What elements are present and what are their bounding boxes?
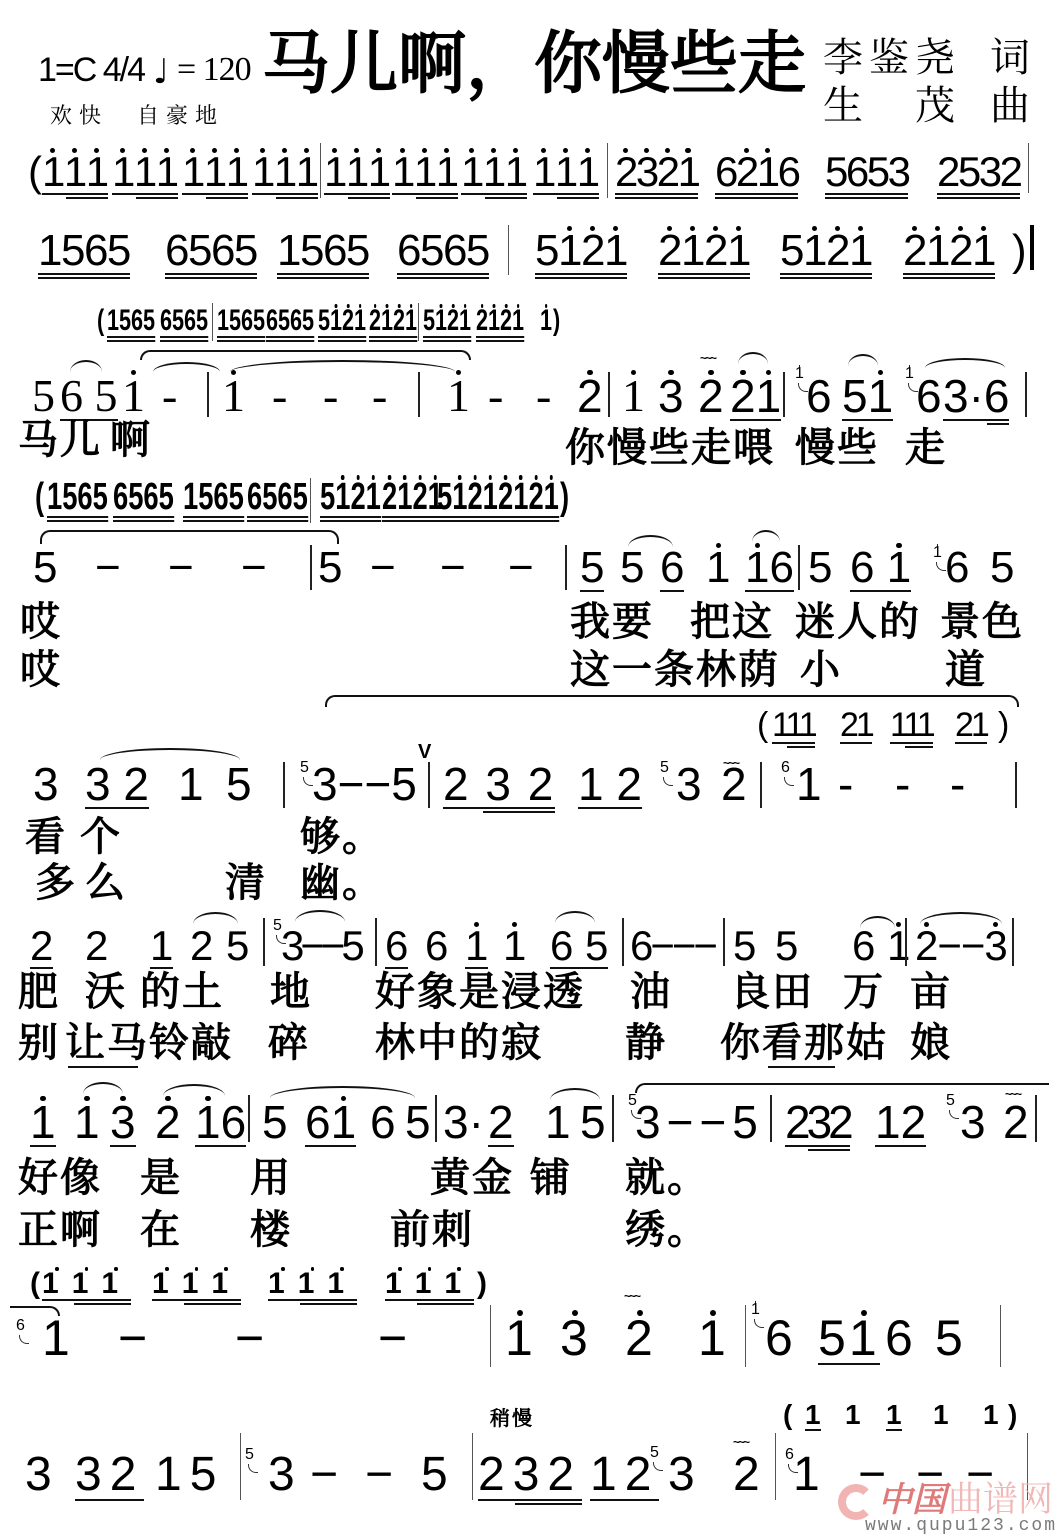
high-octave-note: 1 [604,229,627,273]
high-octave-note: 2 [498,478,513,516]
note: 3 [33,761,59,807]
key-time-signature: 1=C 4/4 [38,53,144,87]
note: 2 [155,1099,181,1145]
high-octave-note: 1 [751,1302,760,1318]
note: 6 [765,1313,796,1363]
high-octave-note: 1 [435,306,447,336]
high-octave-note: 1 [195,1099,221,1145]
note-group: 3−−5 [635,1099,764,1145]
sustain-dash: - [895,761,910,807]
accompaniment-notes: 6565 [160,306,208,342]
note-group: 111 [182,151,248,195]
lyric: 碎 [268,1023,310,1063]
lyric: 走 [905,428,947,468]
note-group: 111 [112,151,178,195]
high-octave-note: 1 [366,478,381,516]
high-octave-note: 1 [849,229,872,273]
grace-note: 5 [650,1445,659,1461]
high-octave-note: 1 [415,1269,445,1299]
high-octave-note: 2 [500,306,512,336]
sustain-dash: − [378,1313,410,1363]
note: 3 [676,761,702,807]
sustain-dash: − [365,1451,401,1499]
note-group: 16 [195,1099,246,1147]
note-group: 3·6 [943,373,1009,421]
accompaniment-open-parenthesis: ( [35,478,44,516]
barline [435,1095,437,1142]
note: 3 [560,1313,591,1363]
high-octave-note: 1 [405,306,417,336]
high-octave-note: 1 [182,151,204,193]
high-octave-note: 1 [381,306,393,336]
grace-note: 5 [245,1447,254,1463]
high-octave-note: 1 [252,151,274,193]
high-octave-note: 1 [868,373,894,419]
accompaniment-notes: 2121 [382,478,443,522]
lyric: 幽。 [300,863,384,903]
note-group: 232 [478,1451,582,1501]
high-octave-note: 1 [436,151,458,193]
note: 6 [885,1313,916,1363]
note: 6 [660,546,684,592]
high-octave-note: 1 [86,151,108,193]
high-octave-note: 1 [64,151,86,193]
note: 2 [30,925,53,969]
accompaniment-notes: 1 [845,1401,861,1429]
accompaniment-notes: 6565 [247,478,308,522]
lyric: 么 [85,863,127,903]
lyric: 把这 [690,602,774,642]
lyric-underline [768,1066,835,1068]
high-octave-note: 1 [681,229,704,273]
note: 2 [488,1099,514,1147]
note: 2 [577,373,603,419]
note-group: 51 [842,373,893,421]
note: 5 [32,373,55,419]
high-octave-note: 2 [704,229,727,273]
lyric: 这一条林荫 [570,650,780,690]
lyric: 清 [225,863,267,903]
barline [1012,918,1014,966]
accompaniment-notes: 111 [268,1269,357,1301]
note: 5 [262,1099,288,1145]
high-octave-note: 1 [505,151,527,193]
sustain-dash: - [488,373,503,419]
note: 1 [505,1313,536,1363]
slur [270,1086,415,1098]
note: 1 [503,925,526,967]
high-octave-note: 1 [678,151,699,193]
note: 1 [545,1099,571,1145]
sustain-dash: - [372,373,387,419]
note-group: 6 1 [852,925,910,967]
note: 3 [268,1451,303,1499]
slur [550,1088,600,1100]
barline [905,918,907,966]
high-octave-note: 1 [444,1269,474,1299]
barline [783,372,785,417]
slur [163,1084,225,1096]
accompaniment-close-parenthesis: ) [553,306,560,336]
high-octave-note: 2 [915,925,937,967]
barline [1015,762,1017,808]
note: 5 [620,546,644,590]
high-octave-note: 1 [887,546,911,590]
lyricist-role: 词 [990,38,1036,78]
note-group: 3−−5 [281,925,361,967]
note: 5 [580,1099,606,1145]
high-octave-note: 1 [555,151,577,193]
high-octave-note: 1 [298,1269,328,1299]
high-octave-note: 1 [134,151,156,193]
high-octave-note: 1 [483,478,498,516]
composer-role: 曲 [990,86,1036,126]
lyric: 的土 [140,972,224,1012]
note: 6 [916,373,942,419]
note-group: 232 [785,1099,850,1147]
high-octave-note: 2 [350,478,365,516]
note-group: 111 [461,151,527,195]
high-octave-note: 2 [577,373,603,419]
accompaniment-notes: 1565 [217,306,265,342]
note: 6 [370,1099,396,1145]
high-octave-note: 1 [101,1269,131,1299]
sustain-dash: − [168,546,194,590]
slur [628,535,673,547]
high-octave-note: 1 [795,366,804,382]
barline [240,1433,241,1500]
grace-note: 5 [660,760,669,776]
note-group: 6565 [165,229,257,279]
high-octave-note: 1 [698,1313,729,1363]
note-group: 6 1 [850,546,911,592]
watermark-brand-secondary: 曲谱网 [948,1483,1053,1518]
high-octave-note: 1 [112,151,134,193]
note: 1 [447,373,470,419]
tempo-marking: 稍慢 [490,1408,534,1428]
accompaniment-notes: 1 [933,1401,949,1429]
lyric: 让马铃敲 [65,1023,233,1063]
note-group: 1565 [38,229,130,279]
barline [1025,372,1027,417]
high-octave-note: 1 [459,306,471,336]
accompaniment-close-parenthesis: ) [560,478,569,516]
barline [418,372,420,417]
lyric-underline [68,1066,138,1068]
lyric: 万 [843,972,885,1012]
high-octave-note: 2 [369,306,381,336]
high-octave-note: 1 [72,1269,102,1299]
note: 5 [33,546,57,590]
note: 2 [190,925,213,967]
barline [565,545,567,590]
note-group: 111 [42,151,108,195]
barline [745,1305,746,1367]
barline [375,918,377,966]
note-group: 15 [155,1451,224,1499]
high-octave-note: 1 [156,151,178,193]
lyric: 哎 [20,602,62,642]
barline [798,545,800,590]
accompaniment-notes: 2121 [476,306,524,342]
note: 6 [425,925,448,967]
high-octave-note: 1 [577,151,599,193]
lyric: 良田 [730,972,814,1012]
slur [920,912,1002,924]
note-group: 6565 [397,229,489,279]
lyric: 静 [625,1023,667,1063]
note: 5 [775,925,798,967]
high-octave-note: 2 [528,478,543,516]
lyric: 前刺 [390,1210,474,1250]
accompaniment-notes: 1 [805,1401,821,1431]
lyric: 个 [80,817,122,857]
lyric: 我要 [570,602,654,642]
barline [212,303,213,341]
high-octave-note: 1 [354,306,366,336]
slur [70,360,102,372]
accompaniment-open-parenthesis: ( [30,1269,40,1299]
barline [490,1305,491,1367]
note-group: 2 3 2 [443,761,555,809]
sustain-dash: − [310,1451,346,1499]
lyric: 啊 [110,420,152,460]
grace-note: 5 [946,1093,955,1109]
high-octave-note: 1 [226,151,248,193]
barline [472,1433,473,1500]
accompaniment-notes: 111 [152,1269,241,1301]
lyric: 小 [800,650,842,690]
grace-note: 5 [300,760,309,776]
expression-marking: 欢快 自豪地 [50,106,224,128]
grace-note: 6 [785,1447,794,1463]
lyric: 别 [18,1023,60,1063]
high-octave-note: 1 [505,1313,536,1363]
high-octave-note: 1 [706,546,730,590]
accompaniment-open-parenthesis: ( [783,1401,792,1429]
sustain-dash: − [118,1313,150,1363]
note: 5 [990,546,1014,590]
high-octave-note: 1 [452,478,467,516]
qupu-logo-icon [838,1484,874,1520]
accompaniment-close-parenthesis: ) [998,708,1006,742]
high-octave-note: 2 [657,151,678,193]
high-octave-note: 1 [385,1269,415,1299]
high-octave-note: 2 [342,306,354,336]
lyric: 迷人的 [795,602,921,642]
high-octave-note: 1 [268,1269,298,1299]
note: 3 [668,1451,703,1499]
barline [508,225,509,275]
end-barline [1030,225,1034,270]
note-group: 1565 [277,229,369,279]
note: 2 [1003,1099,1029,1145]
slur [860,916,895,928]
high-octave-note: 1 [972,229,995,273]
barline [418,303,419,341]
note-group: 16 [745,546,794,592]
lyric: 用 [250,1158,292,1198]
phrase-bracket [140,350,471,360]
grace-note: 1 [933,545,942,561]
high-octave-note: 1 [324,151,346,193]
sustain-dash: - [272,373,287,419]
accompaniment-notes: 1 [886,1401,902,1431]
accompaniment-notes: 1565 [47,478,108,522]
high-octave-note: 1 [488,306,500,336]
slur [752,530,780,542]
high-octave-note: 1 [74,1099,100,1145]
slur [848,354,878,366]
note: 5 [405,1099,431,1145]
lyric: 油 [630,972,672,1012]
high-octave-note: 1 [30,1099,56,1145]
high-octave-note: 1 [204,151,226,193]
accompaniment-notes: 111 [42,1269,131,1301]
high-octave-note: 2 [467,478,482,516]
barline [1028,143,1029,193]
barline [775,1433,776,1500]
barline [248,1095,250,1142]
high-octave-note: 2 [625,1313,656,1363]
accompaniment-notes: 111 [890,708,933,744]
slur [925,358,1005,368]
phrase-bracket [635,1083,1049,1093]
high-octave-note: 1 [122,373,145,419]
high-octave-note: 2 [736,151,757,193]
barline [207,372,209,417]
note: 3 [25,1451,60,1499]
note: 1 [465,925,488,969]
slur [100,748,240,760]
note-group: 2121 [658,229,750,279]
high-octave-note: 2 [730,373,756,419]
high-octave-note: 2 [155,1099,181,1145]
note: 5 [226,761,252,807]
barline [263,918,265,966]
note: 1 [796,761,822,807]
lyric: 你慢些走喂 [565,428,775,468]
lyric: 林中的寂 [375,1023,543,1063]
high-octave-note: 2 [698,373,724,419]
sustain-dash: - [536,373,551,419]
lyric: 你看那姑 [720,1023,888,1063]
note: 3 [658,373,684,419]
accompaniment-notes: 21 [955,708,987,744]
note: 2 [698,373,724,419]
high-octave-note: 1 [803,229,826,273]
lyric: 是 [140,1158,182,1198]
composer-name: 生 茂 [823,86,961,126]
lyric: 在 [140,1210,182,1250]
high-octave-note: 1 [757,151,778,193]
note-group: 2121 [903,229,995,279]
high-octave-note: 1 [483,151,505,193]
accompaniment-notes: 1565 [107,306,155,342]
high-octave-note: 3 [110,1099,136,1145]
accompaniment-notes: 6565 [266,306,314,342]
slur [295,910,345,922]
note: 3 [110,1099,136,1147]
note-group: 12 [590,1451,659,1501]
high-octave-note: 2 [903,229,926,273]
high-octave-note: 2 [581,229,604,273]
sustain-dash: − [370,546,396,590]
quarter-note-icon: ♩ [153,55,169,89]
high-octave-note: 2 [393,306,405,336]
sustain-dash: − [235,1313,267,1363]
note-group: 111 [533,151,599,195]
slur [230,360,455,372]
lyric: 哎 [20,650,62,690]
high-octave-note: 1 [330,306,342,336]
high-octave-note: 1 [544,478,559,516]
barline [428,762,430,808]
note: 2 [85,925,108,967]
note-group: 32 [75,1451,144,1501]
accompaniment-notes: 5121 [437,478,498,522]
high-octave-note: 1 [42,151,64,193]
note-group: 61 [305,1099,356,1147]
note-group: 2−−3 [915,925,1007,967]
high-octave-note: 1 [211,1269,241,1299]
barline [723,918,725,966]
accompaniment-open-parenthesis: ( [97,306,104,336]
high-octave-note: 1 [368,151,390,193]
high-octave-note: 1 [222,373,245,419]
high-octave-note: 1 [465,925,488,967]
lyricist-name: 李鉴尧 [823,38,961,78]
slur [738,352,768,364]
lyric: 亩 [910,972,952,1012]
note-group: 51 [818,1313,880,1365]
high-octave-note: 1 [414,151,436,193]
lyric: 好象是浸透 [375,972,585,1012]
note: 2 [733,1451,768,1499]
high-octave-note: 1 [327,1269,357,1299]
accompaniment-notes: 111 [772,708,815,744]
barline [608,372,610,417]
open-parenthesis: ( [28,151,41,193]
accompaniment-close-parenthesis: ) [477,1269,487,1299]
high-octave-note: 2 [949,229,972,273]
high-octave-note: 1 [745,546,769,590]
grace-note: 1 [905,366,914,382]
high-octave-note: 2 [658,229,681,273]
note: 3 [960,1099,986,1145]
high-octave-note: 3 [560,1313,591,1363]
accompaniment-notes: 1 [983,1401,999,1429]
note: 1 [74,1099,100,1145]
high-octave-note: 1 [513,478,528,516]
grace-note: 6 [781,760,790,776]
high-octave-note: 2 [826,229,849,273]
note: 5 [421,1451,456,1499]
high-octave-note: 2 [615,151,636,193]
high-octave-note: 1 [461,151,483,193]
high-octave-note: 1 [905,366,914,382]
sustain-dash: - [323,373,338,419]
close-parenthesis: ) [1012,229,1025,273]
note: 1 [122,373,145,419]
lyric: 景色 [940,602,1024,642]
note-group: 6 5 [550,925,608,969]
note: 6 [385,925,408,969]
note-group: 111 [252,151,318,195]
high-octave-note: 1 [727,229,750,273]
note: 1 [698,1313,729,1363]
accompaniment-notes: 5121 [320,478,381,522]
